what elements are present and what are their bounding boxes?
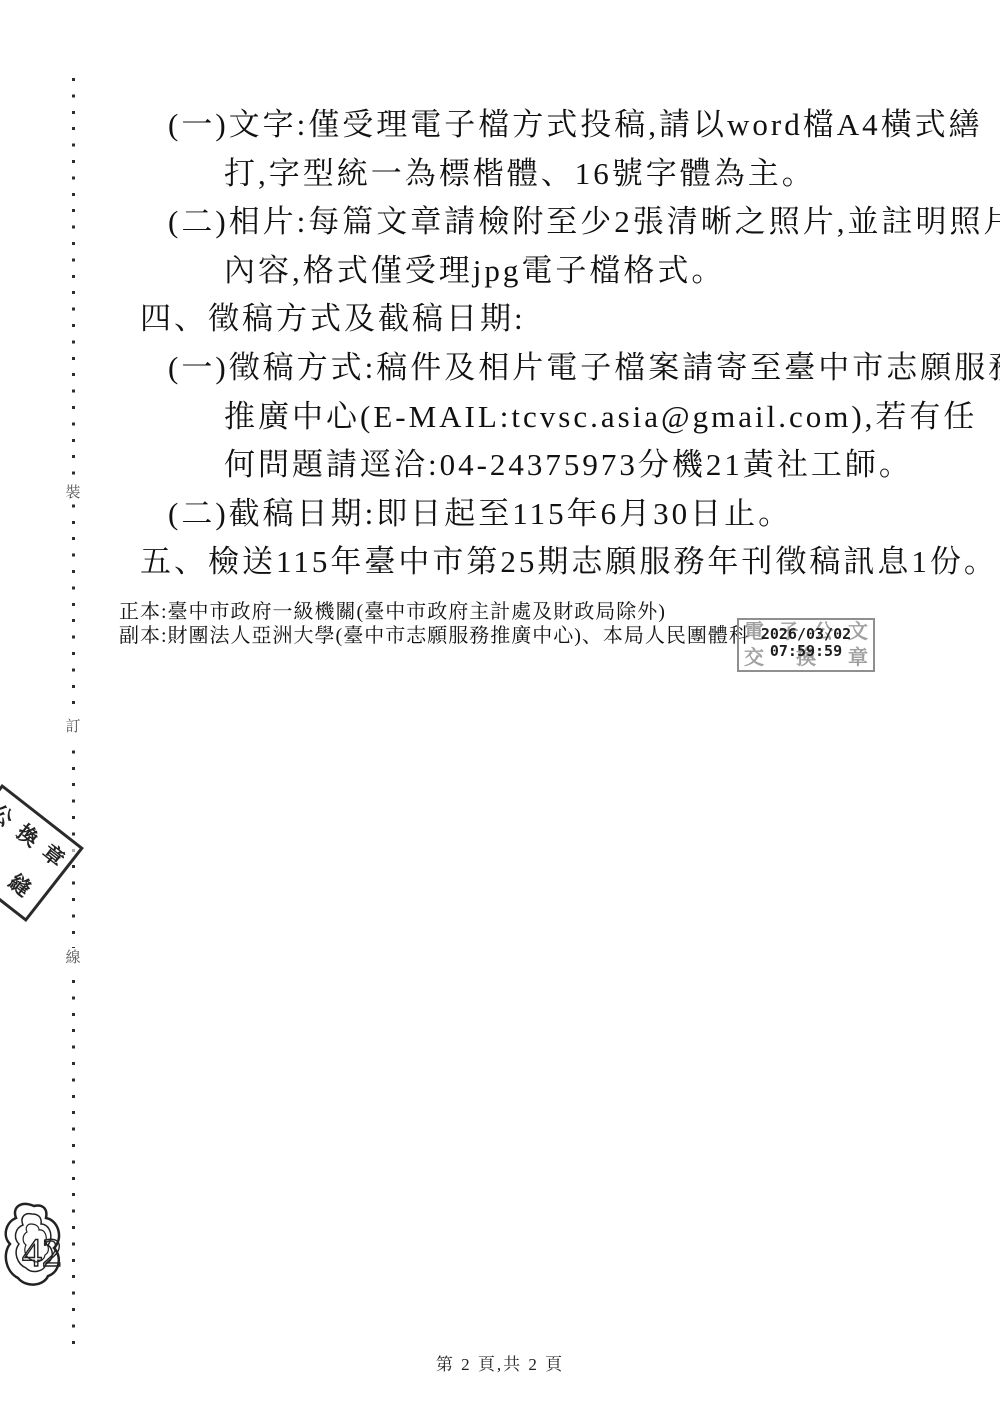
exchange-stamp-time: 07:59:59 <box>739 643 873 660</box>
electronic-exchange-stamp: 電 子 公 文 交 換 章 2026/03/02 07:59:59 <box>737 618 875 672</box>
body-line-5: 四、徵稿方式及截稿日期: <box>0 295 1000 344</box>
document-page: 裝 訂 線 公 換 章 文 縫 (一)文字:僅受理電子檔方式投稿,請以word檔… <box>0 0 1000 1415</box>
body-line-10: 五、檢送115年臺中市第25期志願服務年刊徵稿訊息1份。 <box>0 538 1000 587</box>
body-line-2: 打,字型統一為標楷體、16號字體為主。 <box>0 150 1000 199</box>
body-line-4: 內容,格式僅受理jpg電子檔格式。 <box>0 247 1000 296</box>
corner-seal-number: 42 <box>22 1230 62 1275</box>
seam-stamp-char: 公 <box>0 800 17 830</box>
body-line-8: 何問題請逕洽:04-24375973分機21黃社工師。 <box>0 441 1000 490</box>
seam-stamp-row1: 公 換 章 <box>0 797 73 875</box>
binding-char-ding: 訂 <box>63 717 83 737</box>
seam-stamp-char: 縫 <box>5 870 35 900</box>
body-line-3: (二)相片:每篇文章請檢附至少2張清晰之照片,並註明照片 <box>0 198 1000 247</box>
binding-char-xian: 線 <box>63 948 83 968</box>
document-body: (一)文字:僅受理電子檔方式投稿,請以word檔A4橫式繕 打,字型統一為標楷體… <box>0 101 1000 649</box>
corner-seal: 42 <box>0 1198 72 1298</box>
page-footer: 第 2 頁,共 2 頁 <box>0 1350 1000 1375</box>
seam-stamp-char: 換 <box>12 821 42 851</box>
exchange-stamp-date: 2026/03/02 <box>739 626 873 643</box>
seam-stamp-char: 章 <box>38 841 68 871</box>
body-line-9: (二)截稿日期:即日起至115年6月30日止。 <box>0 490 1000 539</box>
body-line-6: (一)徵稿方式:稿件及相片電子檔案請寄至臺中市志願服務 <box>0 344 1000 393</box>
exchange-stamp-datetime: 2026/03/02 07:59:59 <box>739 626 873 660</box>
body-line-7: 推廣中心(E-MAIL:tcvsc.asia@gmail.com),若有任 <box>0 393 1000 442</box>
body-line-1: (一)文字:僅受理電子檔方式投稿,請以word檔A4橫式繕 <box>0 101 1000 150</box>
